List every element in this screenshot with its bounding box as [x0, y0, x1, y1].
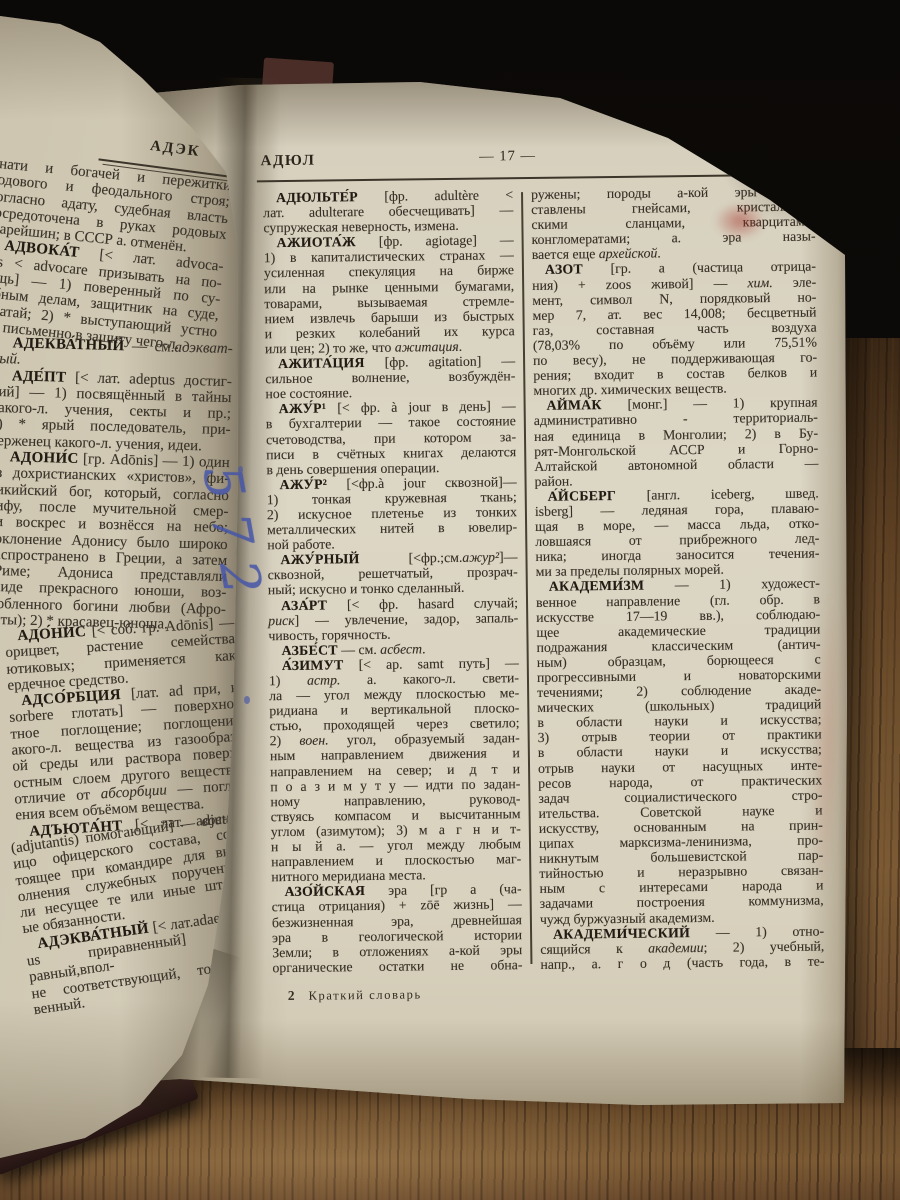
- running-head-left-page: АДЭК: [149, 138, 201, 161]
- header-rule: [257, 173, 827, 182]
- running-head-right: АКАД: [723, 142, 772, 160]
- column-divider-rule: [521, 192, 532, 964]
- text-column-right: ружены; породы а-кой эры пред-ставлены г…: [531, 184, 825, 972]
- text-line: напр., а. г о д (часть года, в те-: [540, 953, 824, 972]
- ink-dot: [244, 696, 250, 704]
- text-line: ружены; породы а-кой эры пред-: [531, 184, 815, 203]
- wood-table-right: [844, 338, 900, 1048]
- footer-title: Краткий словарь: [308, 987, 421, 1002]
- text-line: риск] — увлечение, задор, запаль-: [268, 610, 518, 628]
- red-stain: [714, 202, 766, 240]
- photo-of-open-dictionary: АДЮЛ — 17 — АКАД АДЮЛЬТЕ́Р [фр. adultère…: [0, 0, 900, 1200]
- signature-number: 2: [288, 988, 295, 1003]
- ink-dot: [238, 466, 243, 473]
- text-column-left: АДЮЛЬТЕ́Р [фр. adultère <лат. adulterare…: [263, 187, 523, 975]
- text-line: писи в счётных книгах делаются: [266, 444, 516, 462]
- left-page-text-block: АДО́НИС [< соб. гр. Adōnis] —орицвет, ра…: [4, 615, 247, 841]
- text-line: и резких колебаний их курса: [265, 323, 515, 341]
- left-page-text-block: нати и богачей и пережиткиодового и феод…: [0, 156, 232, 357]
- page-number: — 17 —: [442, 147, 572, 166]
- text-line: органические остатки не обна-: [272, 957, 522, 975]
- page-footer: 2Краткий словарь: [288, 986, 422, 1004]
